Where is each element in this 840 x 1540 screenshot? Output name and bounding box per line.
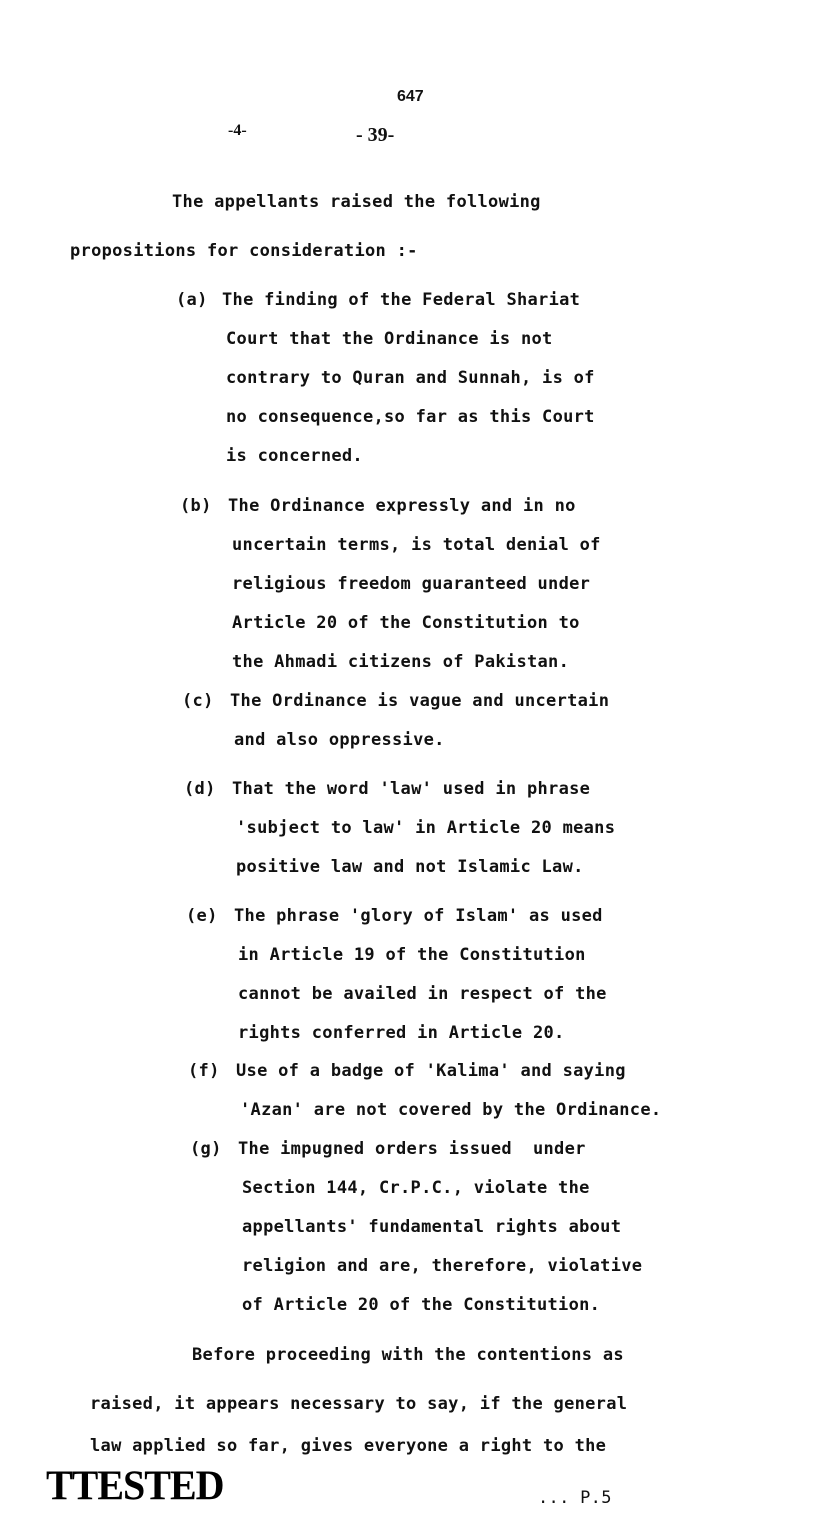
proposition-label: (e) bbox=[186, 906, 218, 926]
closing-line-3: law applied so far, gives everyone a rig… bbox=[90, 1436, 606, 1456]
proposition-line: religion and are, therefore, violative bbox=[242, 1256, 642, 1276]
proposition-line: The phrase 'glory of Islam' as used bbox=[234, 906, 603, 926]
proposition-line: The impugned orders issued under bbox=[238, 1139, 586, 1159]
proposition-line: The Ordinance is vague and uncertain bbox=[230, 691, 609, 711]
proposition-line: in Article 19 of the Constitution bbox=[238, 945, 586, 965]
proposition-label: (g) bbox=[190, 1139, 222, 1159]
proposition-line: religious freedom guaranteed under bbox=[232, 574, 590, 594]
proposition-line: contrary to Quran and Sunnah, is of bbox=[226, 368, 595, 388]
page-marker-left: -4- bbox=[228, 122, 247, 140]
proposition-line: of Article 20 of the Constitution. bbox=[242, 1295, 600, 1315]
proposition-line: Article 20 of the Constitution to bbox=[232, 613, 580, 633]
proposition-label: (c) bbox=[182, 691, 214, 711]
proposition-label: (b) bbox=[180, 496, 212, 516]
proposition-line: the Ahmadi citizens of Pakistan. bbox=[232, 652, 569, 672]
proposition-label: (a) bbox=[176, 290, 208, 310]
proposition-line: uncertain terms, is total denial of bbox=[232, 535, 601, 555]
proposition-label: (d) bbox=[184, 779, 216, 799]
intro-line-2: propositions for consideration :- bbox=[70, 241, 418, 261]
proposition-line: Court that the Ordinance is not bbox=[226, 329, 553, 349]
proposition-line: 'Azan' are not covered by the Ordinance. bbox=[240, 1100, 661, 1120]
proposition-line: and also oppressive. bbox=[234, 730, 445, 750]
proposition-label: (f) bbox=[188, 1061, 220, 1081]
page-marker-handwritten: - 39- bbox=[356, 124, 394, 147]
attested-stamp: TTESTED bbox=[46, 1461, 224, 1510]
proposition-line: The finding of the Federal Shariat bbox=[222, 290, 580, 310]
proposition-line: cannot be availed in respect of the bbox=[238, 984, 607, 1004]
proposition-line: is concerned. bbox=[226, 446, 363, 466]
proposition-line: That the word 'law' used in phrase bbox=[232, 779, 590, 799]
proposition-line: no consequence,so far as this Court bbox=[226, 407, 595, 427]
proposition-line: Use of a badge of 'Kalima' and saying bbox=[236, 1061, 626, 1081]
proposition-line: 'subject to law' in Article 20 means bbox=[236, 818, 615, 838]
proposition-line: Section 144, Cr.P.C., violate the bbox=[242, 1178, 590, 1198]
proposition-line: appellants' fundamental rights about bbox=[242, 1217, 621, 1237]
page-number: 647 bbox=[397, 88, 424, 106]
closing-line-2: raised, it appears necessary to say, if … bbox=[90, 1394, 627, 1414]
closing-line-1: Before proceeding with the contentions a… bbox=[192, 1345, 624, 1365]
intro-line-1: The appellants raised the following bbox=[172, 192, 541, 212]
proposition-line: positive law and not Islamic Law. bbox=[236, 857, 584, 877]
continuation-marker: ... P.5 bbox=[538, 1488, 612, 1508]
proposition-line: The Ordinance expressly and in no bbox=[228, 496, 576, 516]
proposition-line: rights conferred in Article 20. bbox=[238, 1023, 565, 1043]
